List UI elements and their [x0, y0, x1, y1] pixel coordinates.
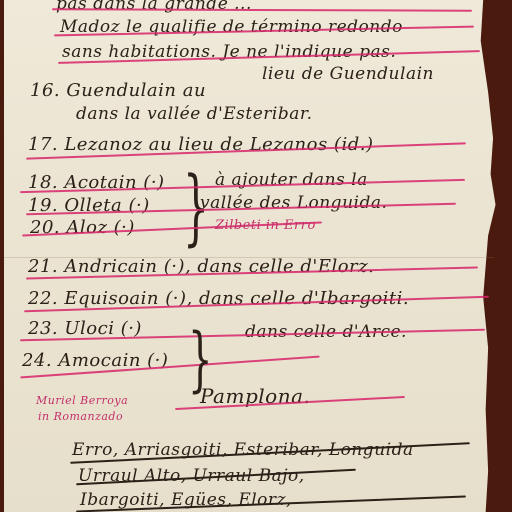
line-1: pas dans la grande ... [56, 0, 252, 14]
line-4: lieu de Guendulain [262, 64, 434, 84]
line-erro: Erro, Arriasgoiti, Esteribar, Longuida [72, 440, 414, 460]
annotation-romanzado: in Romanzado [38, 410, 123, 423]
annotation-muriel: Muriel Berroya [36, 394, 128, 407]
entry-23: 23. Uloci (·) [28, 318, 142, 339]
line-6: dans la vallée d'Esteribar. [76, 104, 313, 124]
annotation-zilbeti: Zilbeti in Erro [215, 218, 316, 233]
entry-16: 16. Guendulain au [30, 80, 206, 101]
